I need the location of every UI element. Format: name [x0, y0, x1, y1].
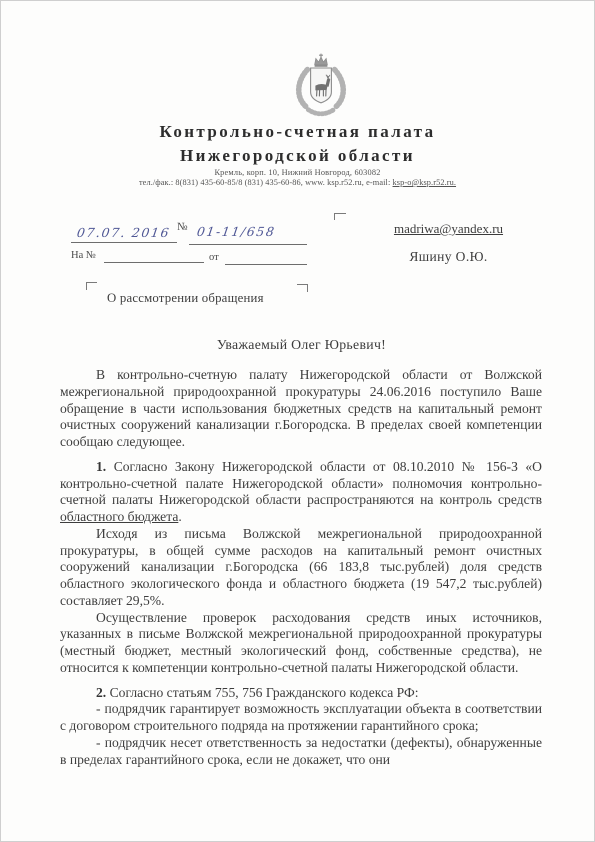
date-underline — [71, 242, 177, 243]
scanned-letter-page: Контрольно-счетная палата Нижегородской … — [0, 0, 595, 842]
org-name-line1: Контрольно-счетная палата — [1, 122, 594, 142]
from-date-underline — [225, 264, 307, 265]
org-contacts-line: тел./фак.: 8(831) 435-60-85/8 (831) 435-… — [1, 178, 594, 187]
addressee-name: Яшину О.Ю. — [386, 249, 511, 265]
number-sign-label: № — [177, 221, 188, 233]
corner-mark-bottom-right — [297, 284, 308, 292]
paragraph-intro: В контрольно-счетную палату Нижегородско… — [60, 367, 542, 451]
paragraph-dash-2: - подрядчик несет ответственность за нед… — [60, 735, 542, 769]
letter-body: В контрольно-счетную палату Нижегородско… — [60, 367, 542, 768]
org-address: Кремль, корп. 10, Нижний Новгород, 60308… — [1, 168, 594, 177]
point-1-tail: . — [178, 509, 181, 524]
point-1-underlined-text: областного бюджета — [60, 509, 178, 524]
org-email-link: ksp-o@ksp.r52.ru. — [393, 178, 457, 187]
number-underline — [189, 244, 307, 245]
outgoing-number-handwritten: 01-11/658 — [196, 224, 277, 239]
point-1-text: Согласно Закону Нижегородской области от… — [60, 459, 542, 508]
addressee-email: madriwa@yandex.ru — [386, 221, 511, 237]
from-date-label: от — [209, 252, 219, 263]
org-phone-web: тел./фак.: 8(831) 435-60-85/8 (831) 435-… — [139, 178, 393, 187]
paragraph-competence: Осуществление проверок расходования сред… — [60, 610, 542, 677]
paragraph-share: Исходя из письма Волжской межрегионально… — [60, 526, 542, 610]
org-name-line2: Нижегородской области — [1, 146, 594, 166]
salutation: Уважаемый Олег Юрьевич! — [61, 337, 542, 353]
outgoing-date-handwritten: 07.07. 2016 — [76, 225, 171, 240]
reply-to-underline — [104, 262, 204, 263]
point-2-text: Согласно статьям 755, 756 Гражданского к… — [106, 685, 418, 700]
subject-line: О рассмотрении обращения — [107, 291, 264, 306]
corner-mark-top — [334, 213, 346, 220]
nizhny-novgorod-coat-of-arms-icon — [281, 51, 361, 121]
point-1-number: 1. — [96, 459, 106, 474]
point-2-number: 2. — [96, 685, 106, 700]
paragraph-point-2: 2. Согласно статьям 755, 756 Гражданског… — [60, 685, 542, 702]
corner-mark-bottom-left — [86, 282, 97, 290]
paragraph-point-1: 1. Согласно Закону Нижегородской области… — [60, 459, 542, 526]
reply-to-label: На № — [71, 250, 96, 261]
paragraph-dash-1: - подрядчик гарантирует возможность эксп… — [60, 701, 542, 735]
